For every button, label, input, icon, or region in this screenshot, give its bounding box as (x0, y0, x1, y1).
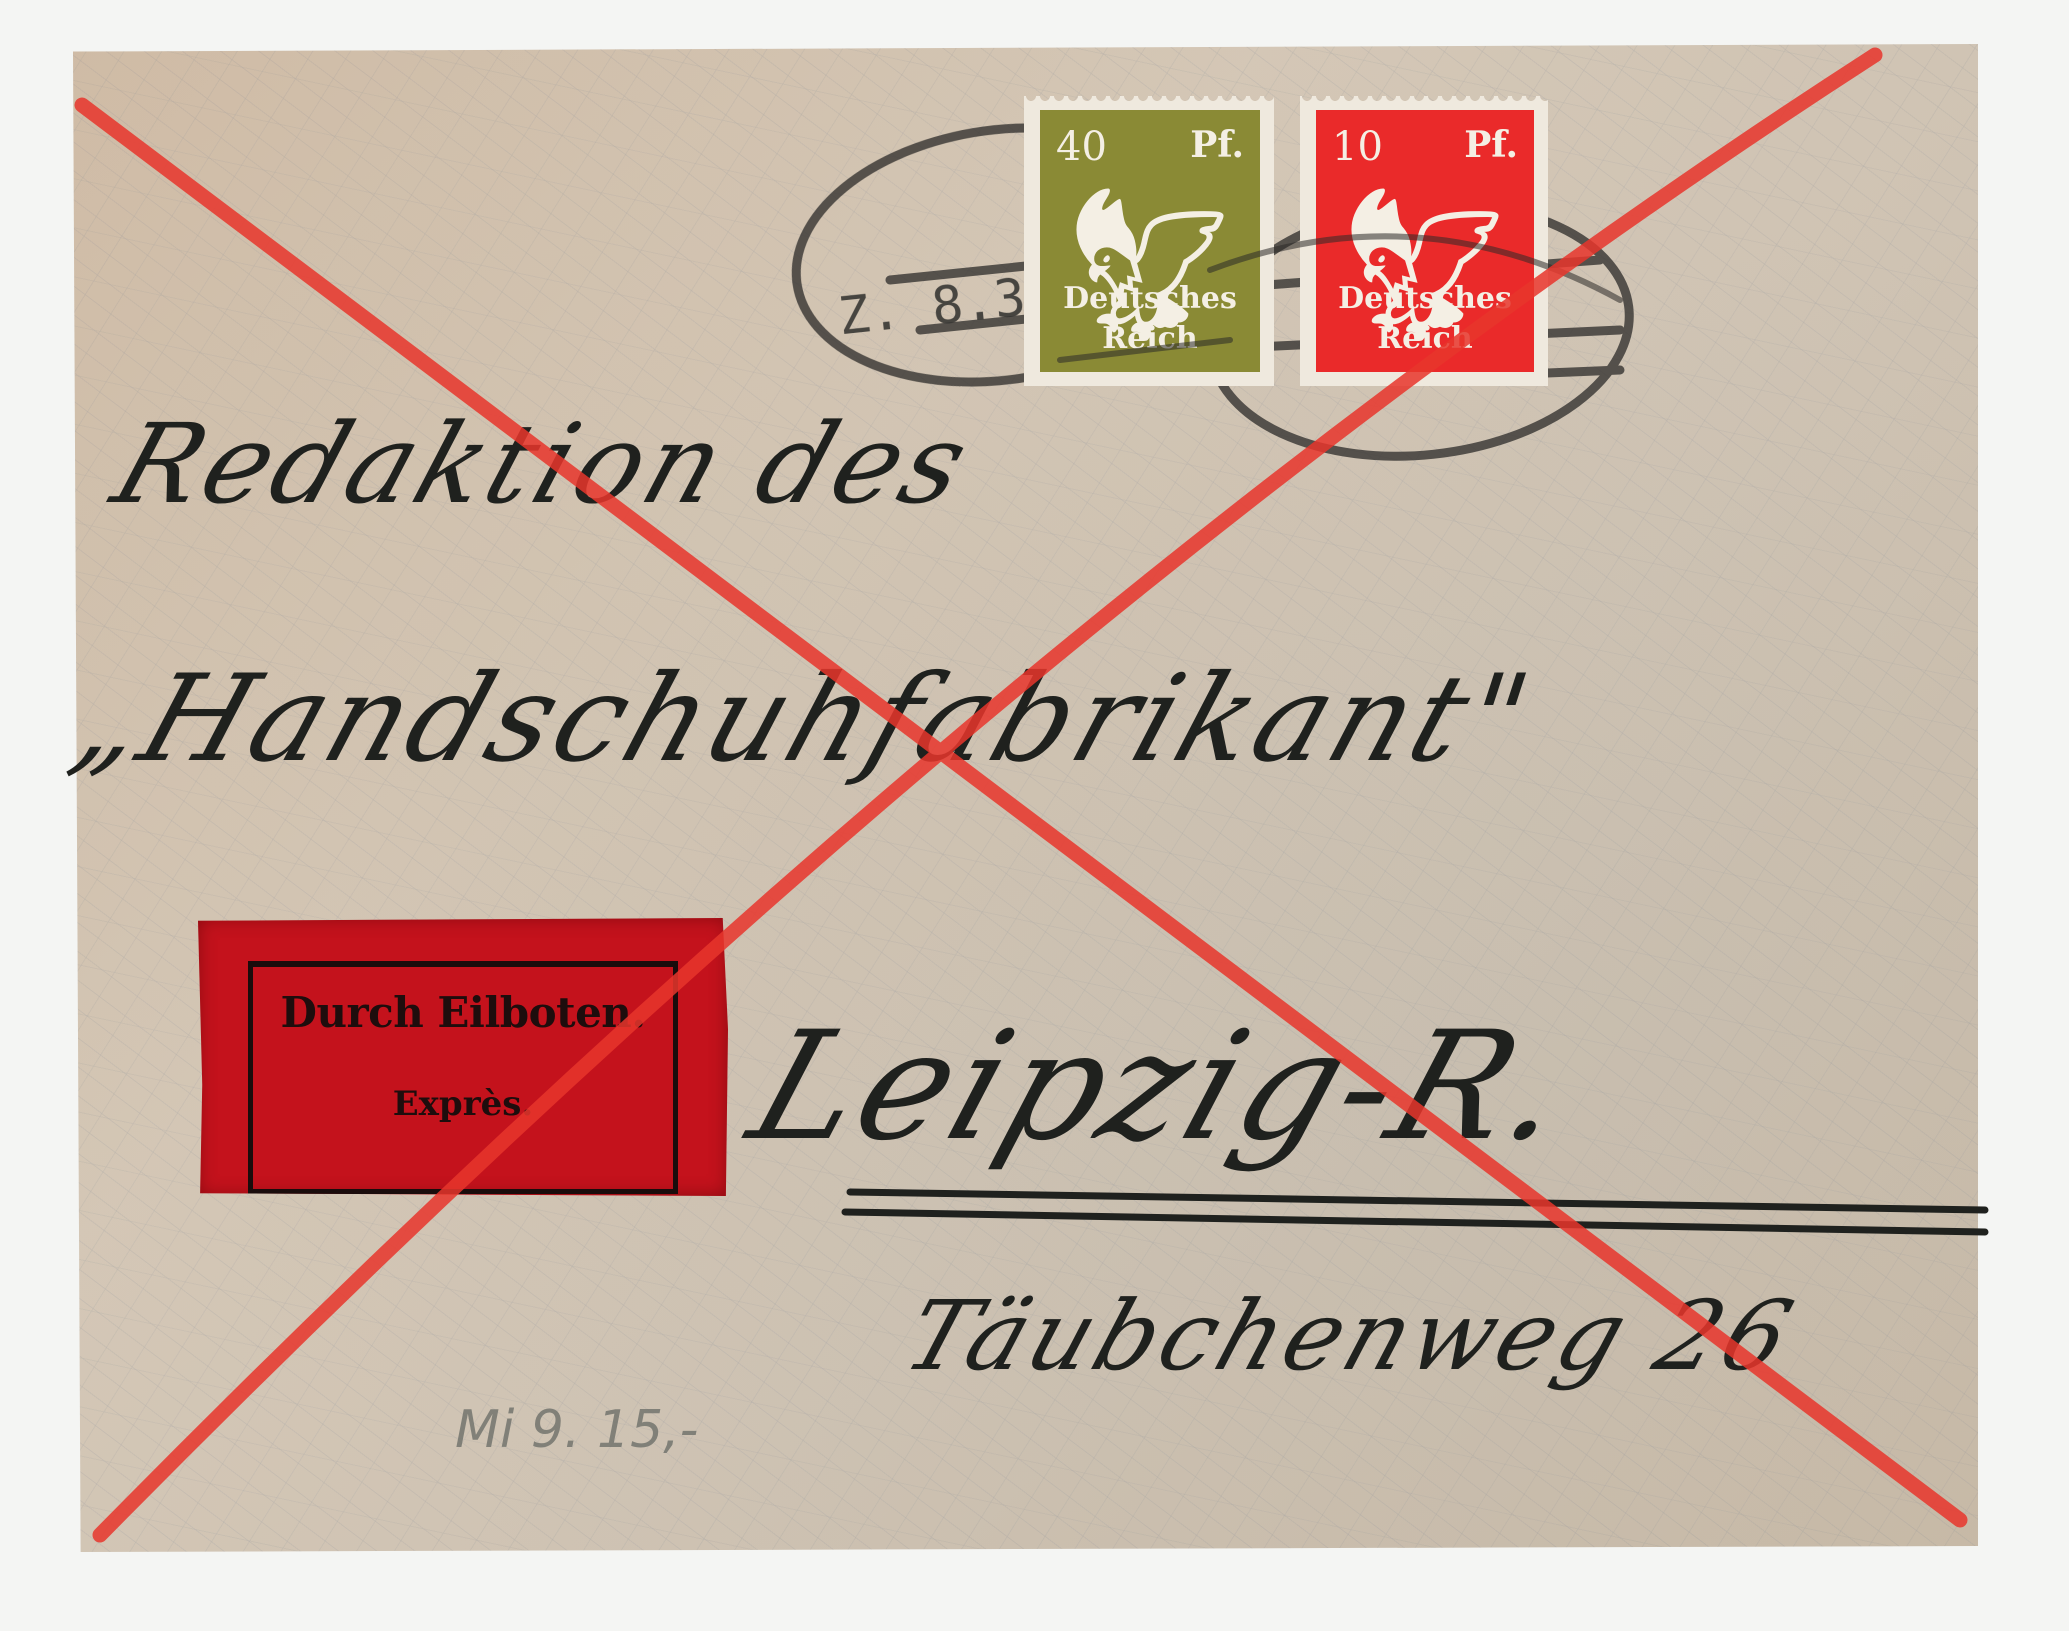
red-cross-marking (0, 0, 2069, 1631)
